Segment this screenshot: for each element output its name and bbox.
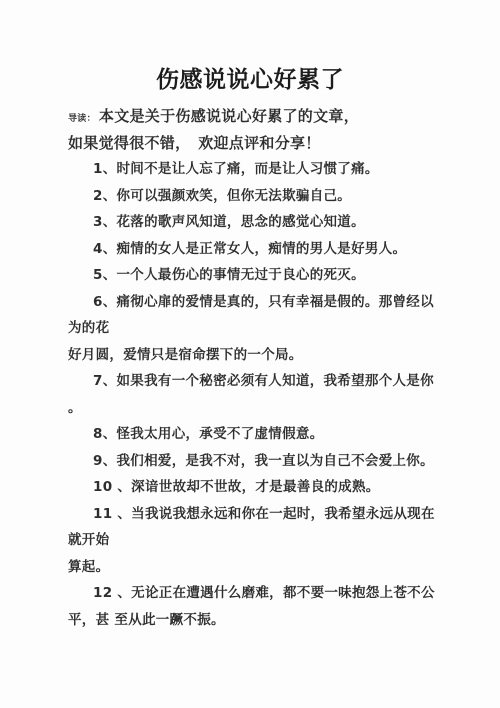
article-body: 导读：本文是关于伤感说说心好累了的文章，如果觉得很不错， 欢迎点评和分享！1、时… (0, 103, 500, 633)
line-text: 如果觉得很不错， 欢迎点评和分享！ (68, 134, 321, 152)
line-text: 5、一个人最伤心的事情无过于良心的死灭。 (93, 267, 365, 283)
text-line: 4、痴情的女人是正常女人，痴情的男人是好男人。 (68, 236, 464, 263)
text-line: 。 (68, 395, 464, 422)
text-line: 12 、无论正在遭遇什么磨难，都不要一味抱怨上苍不公 (68, 580, 464, 607)
text-line: 如果觉得很不错， 欢迎点评和分享！ (68, 130, 464, 157)
line-text: 9、我们相爱，是我不对，我一直以为自己不会爱上你。 (93, 453, 434, 469)
line-text: 好月圆，爱情只是宿命摆下的一个局。 (68, 347, 303, 363)
text-line: 好月圆，爱情只是宿命摆下的一个局。 (68, 342, 464, 369)
line-text: 7、如果我有一个秘密必须有人知道，我希望那个人是你 (93, 373, 434, 389)
text-line: 为的花 (68, 315, 464, 342)
text-line: 3、花落的歌声风知道，思念的感觉心知道。 (68, 209, 464, 236)
text-line: 算起。 (68, 554, 464, 581)
line-text: 4、痴情的女人是正常女人，痴情的男人是好男人。 (93, 241, 406, 257)
text-line: 2、你可以强颜欢笑，但你无法欺骗自己。 (68, 183, 464, 210)
text-line: 1、时间不是让人忘了痛，而是让人习惯了痛。 (68, 156, 464, 183)
line-text: 本文是关于伤感说说心好累了的文章， (99, 107, 359, 125)
text-line: 11 、当我说我想永远和你在一起时，我希望永远从现在 (68, 501, 464, 528)
text-line: 就开始 (68, 527, 464, 554)
text-line: 9、我们相爱，是我不对，我一直以为自己不会爱上你。 (68, 448, 464, 475)
article-page: 伤感说说心好累了 导读：本文是关于伤感说说心好累了的文章，如果觉得很不错， 欢迎… (0, 0, 500, 708)
line-text: 就开始 (68, 532, 109, 548)
line-text: 10 、深谙世故却不世故，才是最善良的成熟。 (93, 479, 380, 495)
line-text: 12 、无论正在遭遇什么磨难，都不要一味抱怨上苍不公 (93, 585, 435, 601)
line-text: 8、怪我太用心，承受不了虚情假意。 (93, 426, 324, 442)
lead-label: 导读： (68, 114, 96, 124)
line-text: 2、你可以强颜欢笑，但你无法欺骗自己。 (93, 188, 351, 204)
text-line: 5、一个人最伤心的事情无过于良心的死灭。 (68, 262, 464, 289)
line-text: 1、时间不是让人忘了痛，而是让人习惯了痛。 (93, 161, 379, 177)
line-text: 3、花落的歌声风知道，思念的感觉心知道。 (93, 214, 365, 230)
line-text: 算起。 (68, 559, 109, 575)
line-text: 11 、当我说我想永远和你在一起时，我希望永远从现在 (93, 506, 435, 522)
line-text: 6、痛彻心扉的爱情是真的，只有幸福是假的。那曾经以 (93, 294, 434, 310)
line-text: 平，甚 至从此一蹶不振。 (68, 612, 225, 628)
text-line: 8、怪我太用心，承受不了虚情假意。 (68, 421, 464, 448)
text-line: 平，甚 至从此一蹶不振。 (68, 607, 464, 634)
line-text: 。 (68, 400, 82, 416)
line-text: 为的花 (68, 320, 109, 336)
text-line: 7、如果我有一个秘密必须有人知道，我希望那个人是你 (68, 368, 464, 395)
text-line: 10 、深谙世故却不世故，才是最善良的成熟。 (68, 474, 464, 501)
text-line: 6、痛彻心扉的爱情是真的，只有幸福是假的。那曾经以 (68, 289, 464, 316)
text-line: 导读：本文是关于伤感说说心好累了的文章， (68, 103, 464, 130)
article-title: 伤感说说心好累了 (0, 66, 500, 94)
